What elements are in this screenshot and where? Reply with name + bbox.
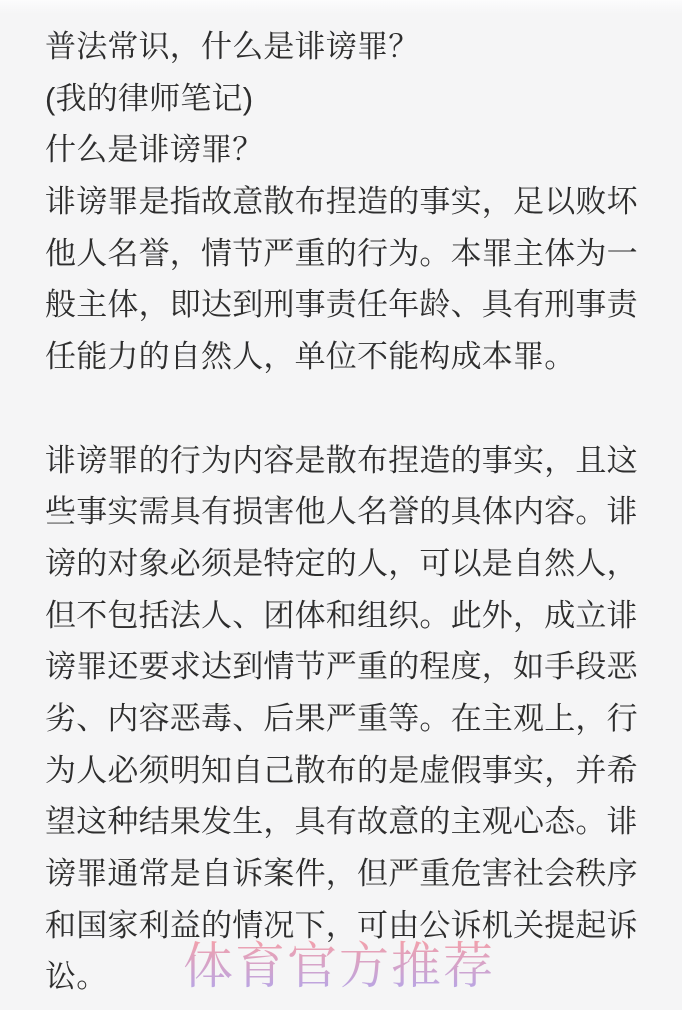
- article-text: 普法常识，什么是诽谤罪？(我的律师笔记)什么是诽谤罪？诽谤罪是指故意散布捏造的事…: [0, 21, 682, 1003]
- text-line: 讼。: [45, 951, 644, 1003]
- text-line: 诽谤罪的行为内容是散布捏造的事实，且这: [45, 435, 644, 487]
- text-line: 望这种结果发生，具有故意的主观心态。诽: [45, 796, 644, 848]
- text-line: 谤的对象必须是特定的人，可以是自然人，: [45, 538, 644, 590]
- text-line: (我的律师笔记): [45, 73, 644, 125]
- text-line: 为人必须明知自己散布的是虚假事实，并希: [45, 745, 644, 797]
- text-line: 什么是诽谤罪？: [45, 124, 644, 176]
- text-line: 谤罪通常是自诉案件，但严重危害社会秩序: [45, 848, 644, 900]
- text-line: 他人名誉，情节严重的行为。本罪主体为一: [45, 228, 644, 280]
- text-line: 劣、内容恶毒、后果严重等。在主观上，行: [45, 693, 644, 745]
- text-line: 和国家利益的情况下，可由公诉机关提起诉: [45, 900, 644, 952]
- text-line: 但不包括法人、团体和组织。此外，成立诽: [45, 590, 644, 642]
- text-line: 普法常识，什么是诽谤罪？: [45, 21, 644, 73]
- text-line: 般主体，即达到刑事责任年龄、具有刑事责: [45, 279, 644, 331]
- text-line: 任能力的自然人，单位不能构成本罪。: [45, 331, 644, 383]
- text-line: 诽谤罪是指故意散布捏造的事实，足以败坏: [45, 176, 644, 228]
- blank-line: [45, 383, 644, 435]
- article-page: 普法常识，什么是诽谤罪？(我的律师笔记)什么是诽谤罪？诽谤罪是指故意散布捏造的事…: [0, 0, 682, 1010]
- text-line: 谤罪还要求达到情节严重的程度，如手段恶: [45, 641, 644, 693]
- text-line: 些事实需具有损害他人名誉的具体内容。诽: [45, 486, 644, 538]
